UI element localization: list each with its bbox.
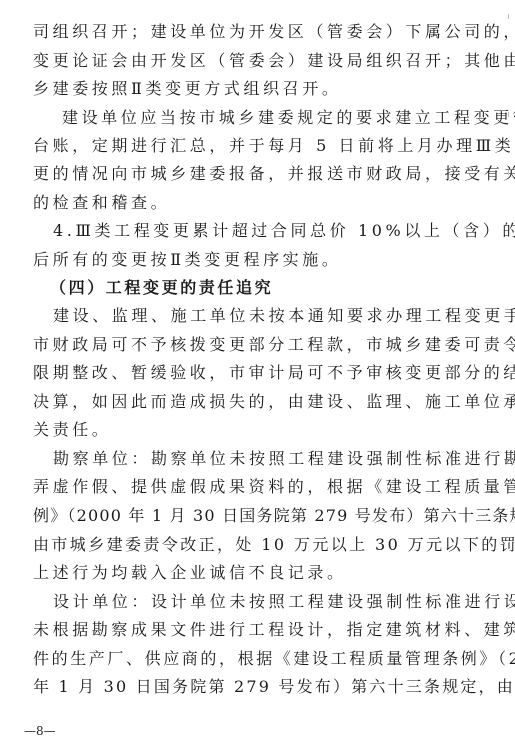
scan-mark [508,112,509,117]
section-heading: （四）工程变更的责任追究 [50,278,273,298]
text-line: 更的情况向市城乡建委报备，并报送市财政局，接受有关部门 [33,164,515,184]
paragraph-start: 设计单位：设计单位未按照工程建设强制性标准进行设计、 [53,592,515,612]
text-line: 司组织召开；建设单位为开发区（管委会）下属公司的，工程 [33,22,515,42]
text-line: 上述行为均载入企业诚信不良记录。 [33,563,347,583]
scan-mark [508,170,509,175]
text-line: 后所有的变更按Ⅱ类变更程序实施。 [33,250,341,270]
list-item-4: 4.Ⅲ类工程变更累计超过合同总价 10%以上（含）的，以 [53,221,515,241]
text-line: 决算，如因此而造成损失的，由建设、监理、施工单位承担相 [33,392,515,412]
text-line: 市财政局可不予核拨变更部分工程款，市城乡建委可责令停工、 [33,335,515,355]
text-line: 未根据勘察成果文件进行工程设计，指定建筑材料、建筑构配 [33,620,515,640]
text-line: 由市城乡建委责令改正，处 10 万元以上 30 万元以下的罚款， [33,535,515,555]
text-line: 变更论证会由开发区（管委会）建设局组织召开；其他由市城 [33,51,515,71]
text-line: 台账，定期进行汇总，并于每月 5 日前将上月办理Ⅲ类工程变 [33,136,515,156]
scan-mark [508,14,509,19]
text-line: 件的生产厂、供应商的，根据《建设工程质量管理条例》（2000 [33,649,515,669]
document-page: 司组织召开；建设单位为开发区（管委会）下属公司的，工程 变更论证会由开发区（管委… [0,0,515,747]
paragraph-start: 建设、监理、施工单位未按本通知要求办理工程变更手续的， [53,306,515,326]
page-number: —8— [24,724,56,738]
text-line: 关责任。 [33,420,111,440]
paragraph-start: 勘察单位：勘察单位未按照工程建设强制性标准进行勘察、 [53,449,515,469]
text-line: 限期整改、暂缓验收，市审计局可不予审核变更部分的结算及 [33,363,515,383]
text-line: 弄虚作假、提供虚假成果资料的，根据《建设工程质量管理条 [33,477,515,497]
text-line: 年 1 月 30 日国务院第 279 号发布）第六十三条规定，由市城乡 [33,677,515,697]
paragraph-start: 建设单位应当按市城乡建委规定的要求建立工程变更管理 [62,108,515,128]
text-line: 例》（2000 年 1 月 30 日国务院第 279 号发布）第六十三条规定， [33,506,515,526]
text-line: 的检查和稽查。 [33,193,170,213]
text-line: 乡建委按照Ⅱ类变更方式组织召开。 [33,79,341,99]
